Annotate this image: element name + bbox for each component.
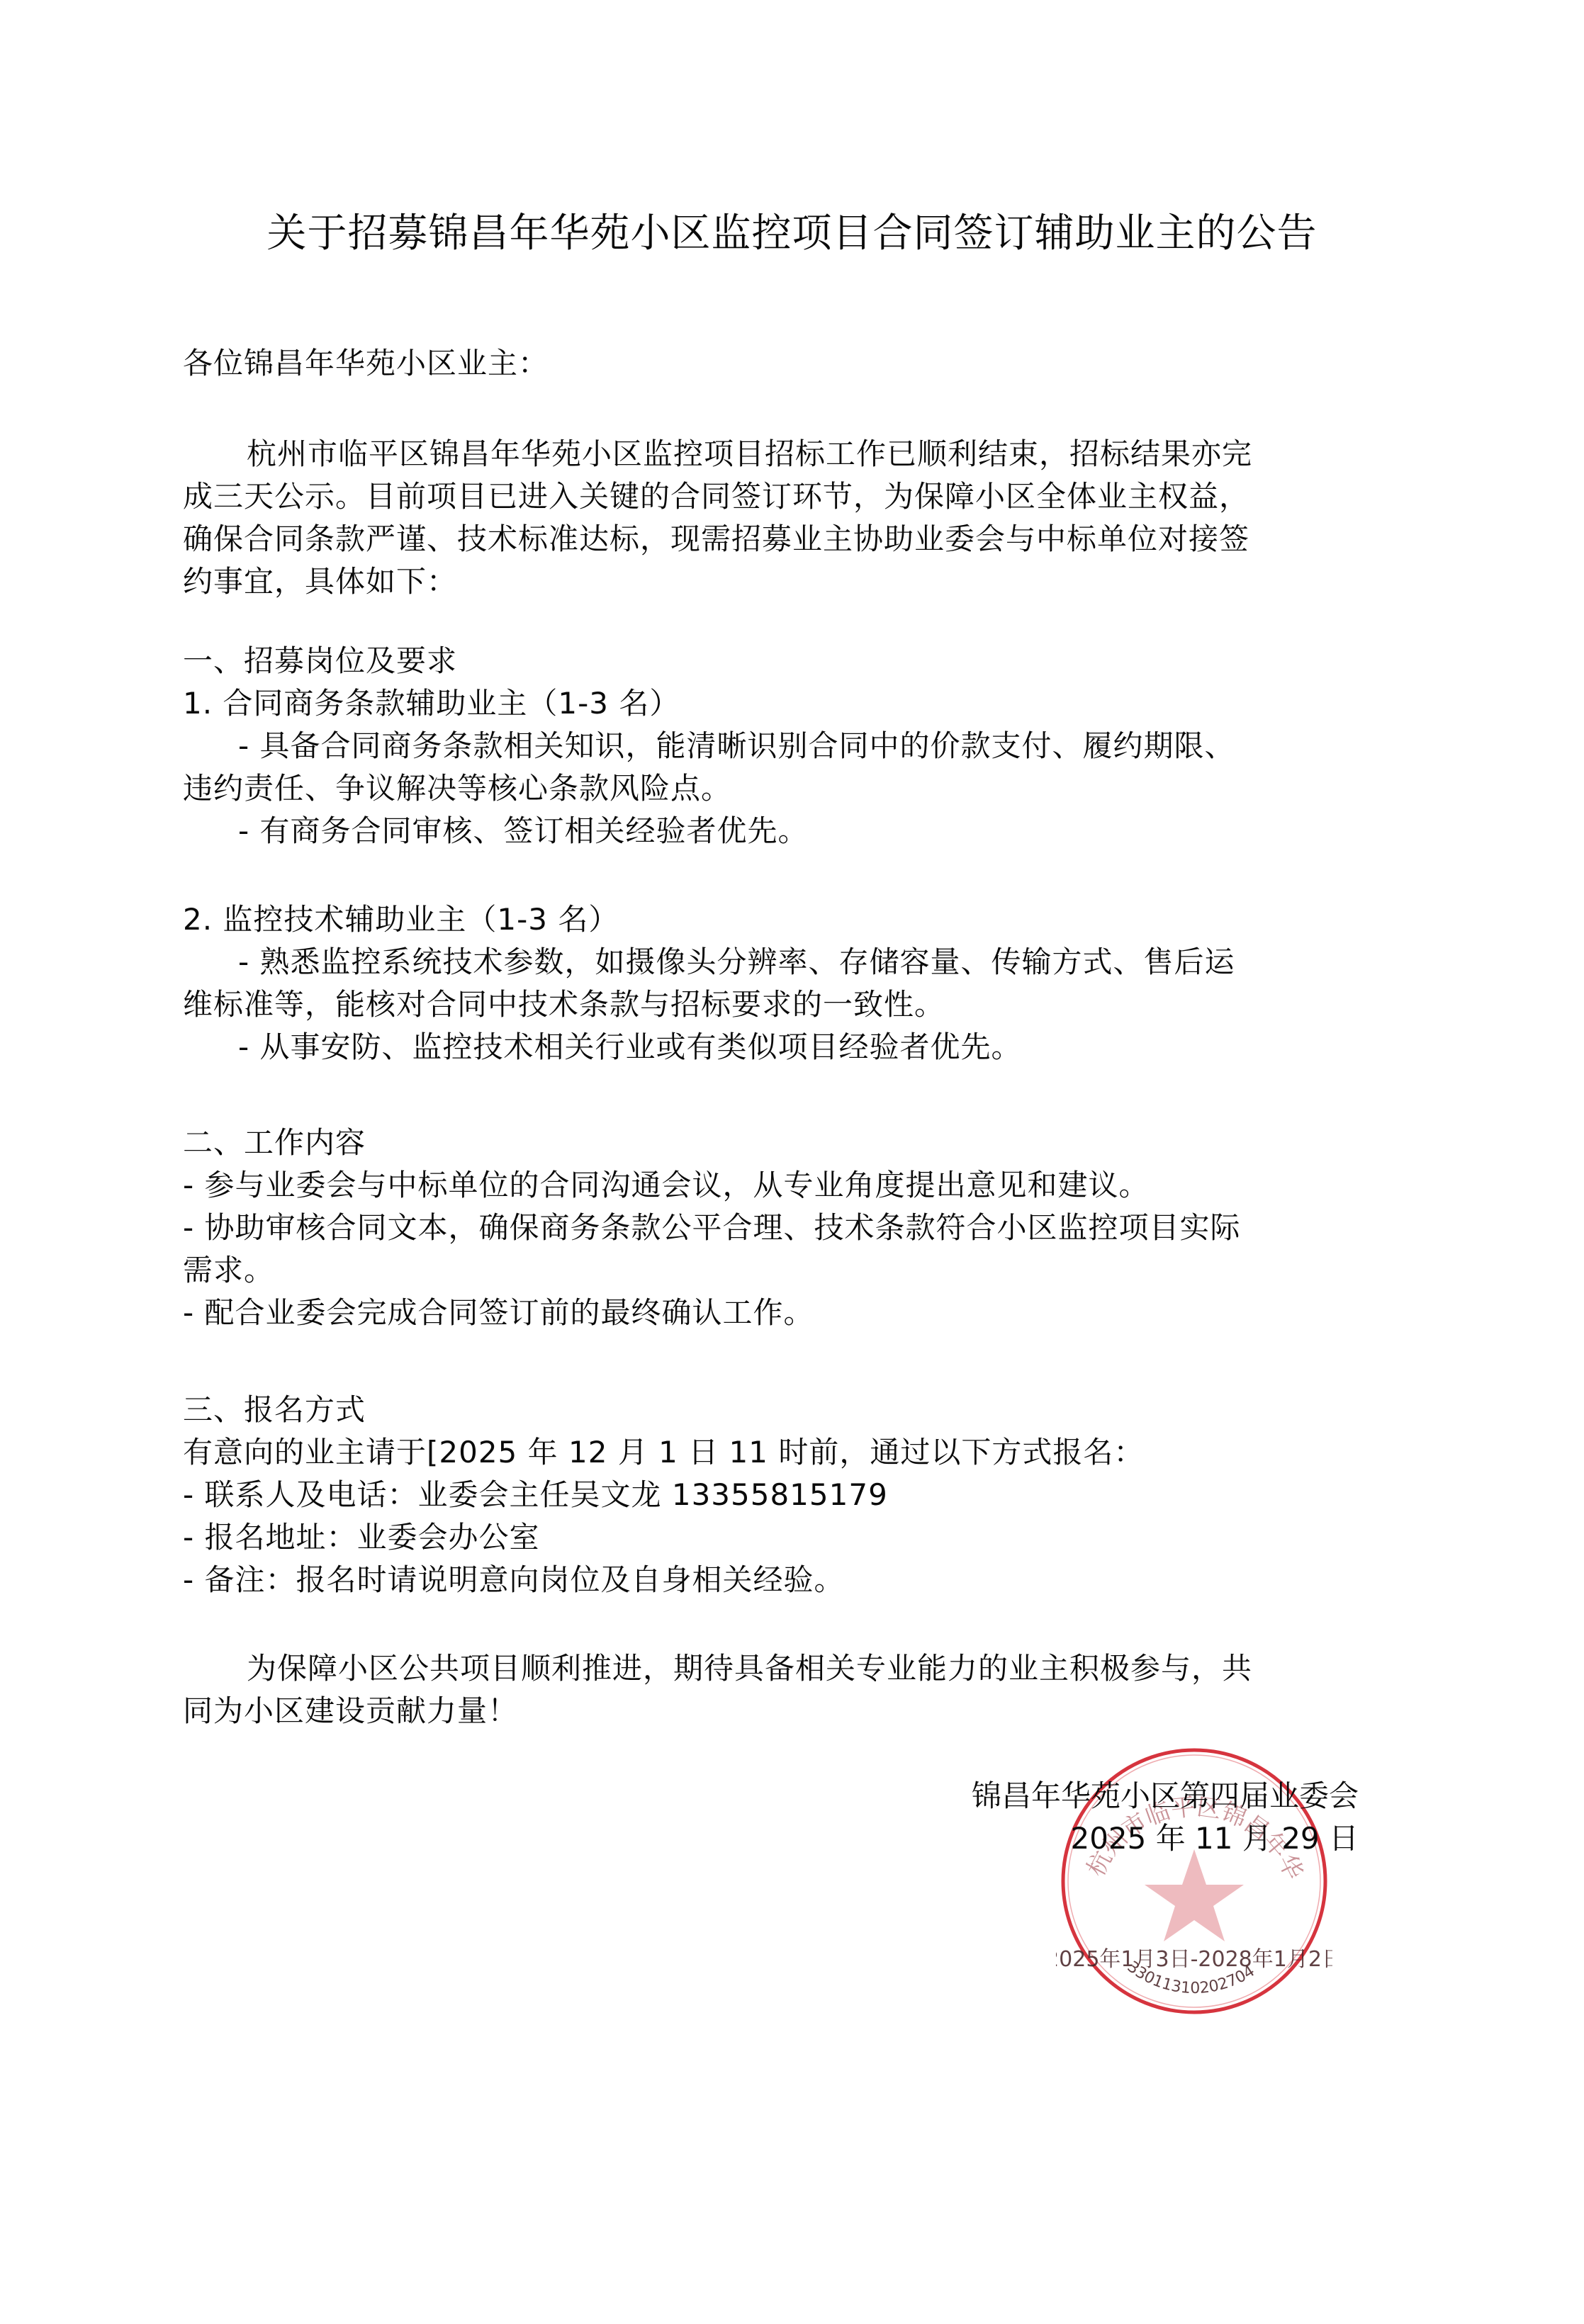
position2-req1: - 熟悉监控系统技术参数，如摄像头分辨率、存储容量、传输方式、售后运	[238, 941, 1235, 983]
section2-item-1: - 参与业委会与中标单位的合同沟通会议，从专业角度提出意见和建议。	[183, 1164, 1150, 1207]
signup-contact: - 联系人及电话：业委会主任吴文龙 13355815179	[183, 1474, 888, 1516]
position1-req1: - 具备合同商务条款相关知识，能清晰识别合同中的价款支付、履约期限、	[238, 725, 1235, 767]
salutation: 各位锦昌年华苑小区业主：	[183, 342, 549, 385]
signup-deadline: 有意向的业主请于[2025 年 12 月 1 日 11 时前，通过以下方式报名：	[183, 1431, 1144, 1474]
document-page: 关于招募锦昌年华苑小区监控项目合同签订辅助业主的公告 各位锦昌年华苑小区业主： …	[0, 0, 1584, 2324]
signature-org: 锦昌年华苑小区第四届业委会	[972, 1775, 1359, 1817]
signup-address: - 报名地址：业委会办公室	[183, 1516, 540, 1559]
section2-heading: 二、工作内容	[183, 1122, 366, 1164]
section2-item-3: - 配合业委会完成合同签订前的最终确认工作。	[183, 1292, 814, 1334]
position2-req2: - 从事安防、监控技术相关行业或有类似项目经验者优先。	[238, 1026, 1022, 1068]
intro-line-4: 约事宜，具体如下：	[183, 560, 457, 603]
signature-date: 2025 年 11 月 29 日	[1070, 1817, 1359, 1860]
position2-req1-cont: 维标准等，能核对合同中技术条款与招标要求的一致性。	[183, 983, 945, 1026]
position1-heading: 1. 合同商务条款辅助业主（1-3 名）	[183, 682, 680, 725]
signup-note: - 备注：报名时请说明意向岗位及自身相关经验。	[183, 1559, 845, 1601]
section1-heading: 一、招募岗位及要求	[183, 640, 457, 682]
page-title: 关于招募锦昌年华苑小区监控项目合同签订辅助业主的公告	[0, 205, 1584, 262]
intro-line-1: 杭州市临平区锦昌年华苑小区监控项目招标工作已顺利结束，招标结果亦完	[247, 433, 1252, 475]
closing-line-1: 为保障小区公共项目顺利推进，期待具备相关专业能力的业主积极参与，共	[247, 1647, 1252, 1690]
star-icon	[1145, 1849, 1244, 1941]
section2-item-2-cont: 需求。	[183, 1249, 274, 1292]
intro-line-3: 确保合同条款严谨、技术标准达标，现需招募业主协助业委会与中标单位对接签	[183, 518, 1249, 560]
stamp-validity: 2025年1月3日-2028年1月2日	[1056, 1947, 1332, 1972]
section2-item-2: - 协助审核合同文本，确保商务条款公平合理、技术条款符合小区监控项目实际	[183, 1207, 1241, 1249]
position1-req2: - 有商务合同审核、签订相关经验者优先。	[238, 810, 809, 852]
position2-heading: 2. 监控技术辅助业主（1-3 名）	[183, 898, 619, 941]
intro-line-2: 成三天公示。目前项目已进入关键的合同签订环节，为保障小区全体业主权益，	[183, 475, 1249, 518]
position1-req1-cont: 违约责任、争议解决等核心条款风险点。	[183, 767, 731, 810]
closing-line-2: 同为小区建设贡献力量！	[183, 1690, 518, 1732]
section3-heading: 三、报名方式	[183, 1389, 366, 1431]
